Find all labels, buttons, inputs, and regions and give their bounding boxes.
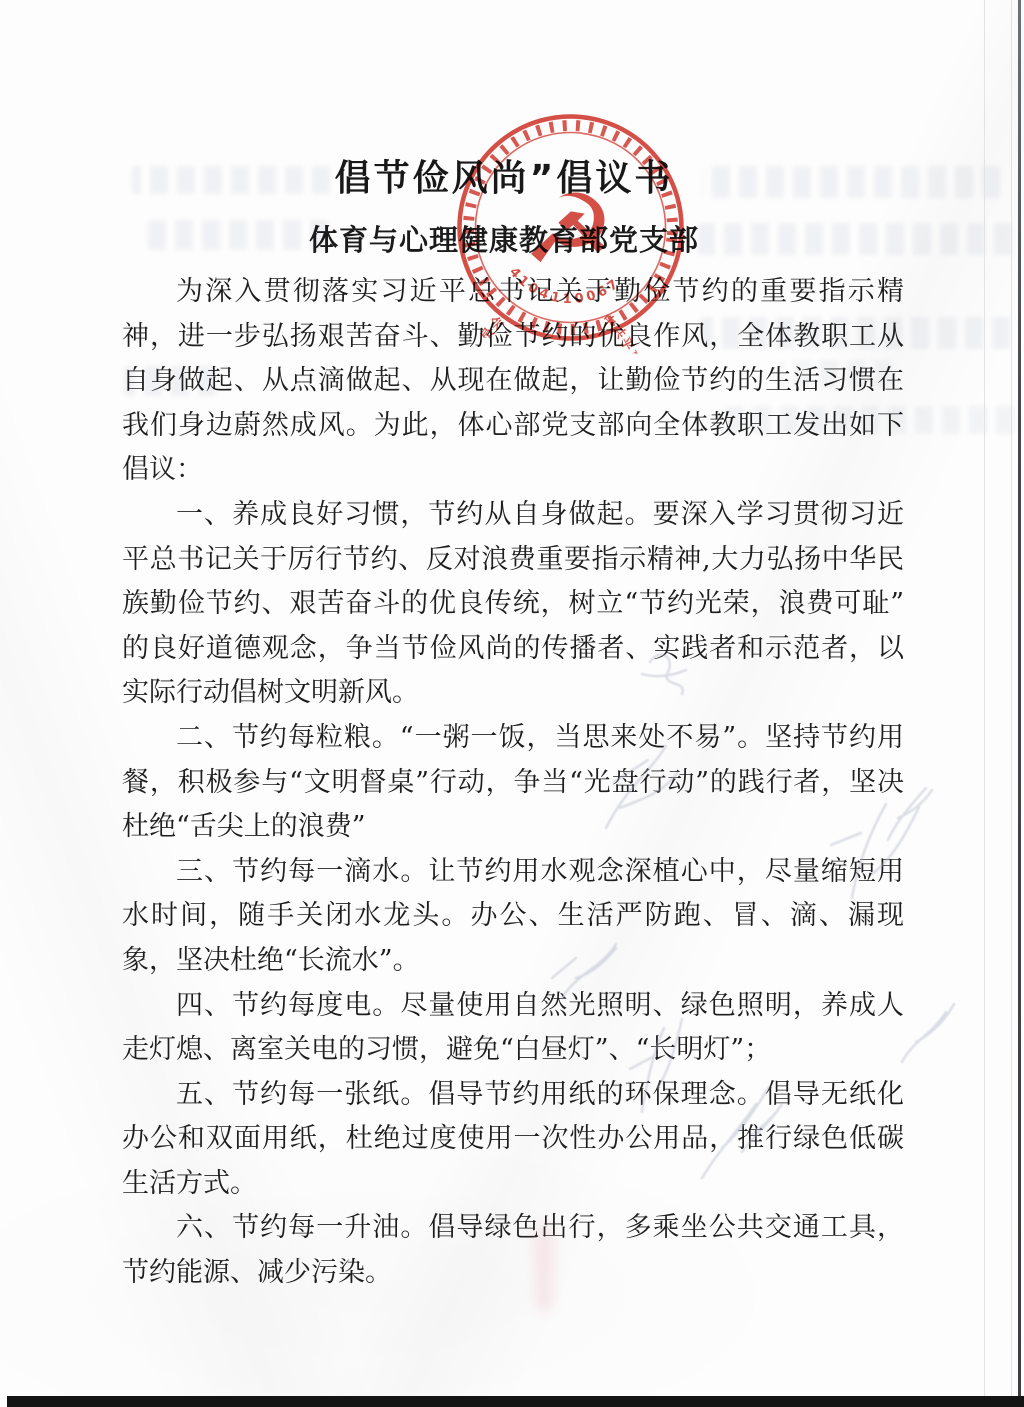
paragraph: 二、节约每粒粮。“一粥一饭，当思来处不易”。坚持节约用餐，积极参与“文明督桌”行… — [122, 716, 904, 850]
doc-body: 为深入贯彻落实习近平总书记关于勤俭节约的重要指示精神，进一步弘扬艰苦奋斗、勤俭节… — [122, 270, 904, 1296]
paragraph: 四、节约每度电。尽量使用自然光照明、绿色照明，养成人走灯熄、离室关电的习惯，避免… — [122, 984, 904, 1073]
paragraph: 六、节约每一升油。倡导绿色出行，多乘坐公共交通工具，节约能源、减少污染。 — [122, 1206, 904, 1295]
scan-bottom-bar — [7, 1396, 1024, 1407]
doc-subtitle: 体育与心理健康教育部党支部 — [0, 218, 1008, 259]
paper-edge-line — [984, 0, 985, 1396]
scan-edge-dark-line — [1018, 0, 1021, 1399]
page-scan: 倡节俭风尚”倡议书 体育与心理健康教育部党支部 为深入贯彻落实习近平总书记关于勤… — [0, 0, 1024, 1407]
paragraph: 五、节约每一张纸。倡导节约用纸的环保理念。倡导无纸化办公和双面用纸，杜绝过度使用… — [122, 1073, 904, 1207]
paragraph: 为深入贯彻落实习近平总书记关于勤俭节约的重要指示精神，进一步弘扬艰苦奋斗、勤俭节… — [122, 270, 904, 493]
scanned-document: { "document": { "title": "倡节俭风尚”倡议书", "s… — [0, 0, 1024, 1407]
doc-title: 倡节俭风尚”倡议书 — [0, 150, 1008, 201]
paper-edge-line — [1011, 0, 1012, 1396]
paragraph: 三、节约每一滴水。让节约用水观念深植心中，尽量缩短用水时间，随手关闭水龙头。办公… — [122, 850, 904, 984]
paragraph: 一、养成良好习惯，节约从自身做起。要深入学习贯彻习近平总书记关于厉行节约、反对浪… — [122, 493, 904, 716]
pink-smudge — [534, 1224, 554, 1312]
